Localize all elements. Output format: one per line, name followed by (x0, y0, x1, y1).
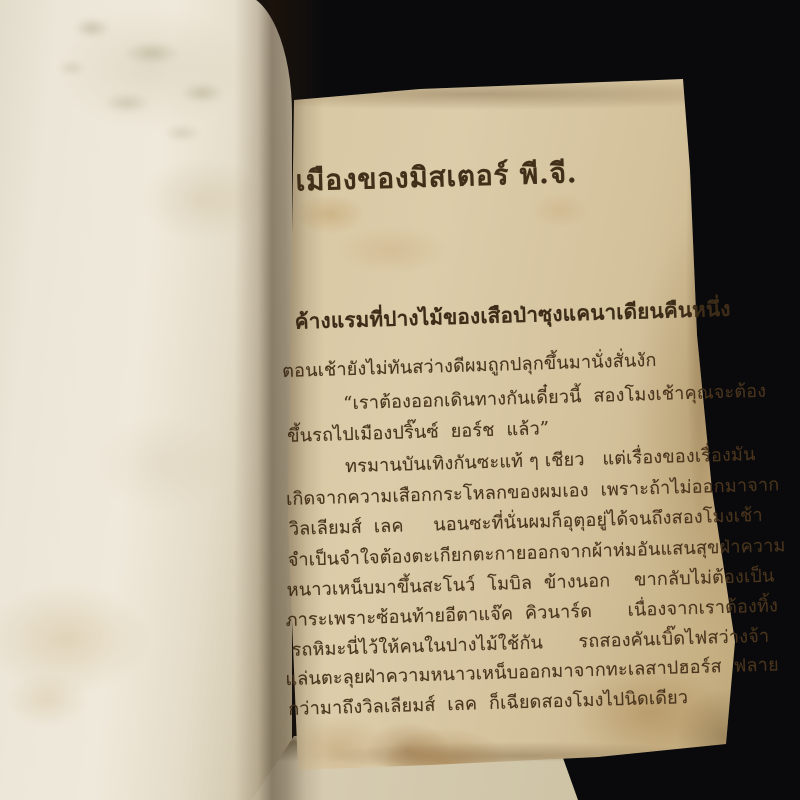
left-page (0, 0, 292, 800)
book-photo: เมืองของมิสเตอร์ พี.จี. ค้างแรมที่ปางไม้… (0, 0, 800, 800)
printed-text: เมืองของมิสเตอร์ พี.จี. ค้างแรมที่ปางไม้… (271, 0, 775, 800)
ink-bleed-marks (32, 0, 262, 148)
text-line: ขึ้นรถไปเมืองปริ๊นซ์ ยอร์ช แล้ว” (287, 413, 550, 450)
text-line: ตอนเช้ายังไม่ทันสว่างดีผมถูกปลุกขึ้นมานั… (282, 345, 657, 385)
text-line: “เราต้องออกเดินทางกันเดี๋ยวนี้ สองโมงเช้… (343, 376, 767, 418)
section-heading: ค้างแรมที่ปางไม้ของเสือป่าซุงแคนาเดียนคื… (294, 293, 731, 339)
page-title: เมืองของมิสเตอร์ พี.จี. (295, 151, 578, 203)
